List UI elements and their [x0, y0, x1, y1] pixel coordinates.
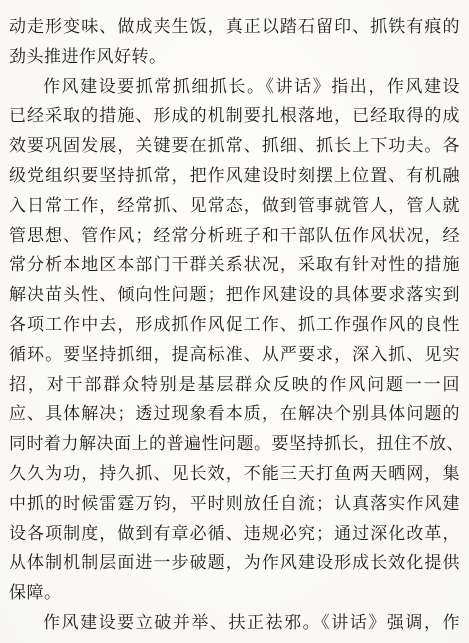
- text-line: 劲头推进作风好转。: [9, 43, 460, 73]
- text-line: 中抓的时候雷霆万钧，平时则放任自流；认真落实作风建: [9, 490, 460, 520]
- text-line: 已经采取的措施、形成的机制要扎根落地，已经取得的成: [9, 102, 460, 132]
- text-line: 设各项制度，做到有章必循、违规必究；通过深化改革，: [9, 520, 460, 550]
- paragraph: 作风建设要抓常抓细抓长。《讲话》指出，作风建设 已经采取的措施、形成的机制要扎根…: [9, 73, 460, 609]
- text-line: 作风建设要抓常抓细抓长。《讲话》指出，作风建设: [9, 73, 460, 103]
- text-line: 招，对干部群众特别是基层群众反映的作风问题一一回: [9, 371, 460, 401]
- text-line: 效要巩固发展，关键要在抓常、抓细、抓长上下功夫。各: [9, 132, 460, 162]
- text-line: 保障。: [9, 579, 460, 609]
- text-line: 动走形变味、做成夹生饭，真正以踏石留印、抓铁有痕的: [9, 13, 460, 43]
- text-line: 久久为功，持久抓、见长效，不能三天打鱼两天晒网，集: [9, 460, 460, 490]
- text-line: 从体制机制层面进一步破题，为作风建设形成长效化提供: [9, 549, 460, 579]
- text-line: 解决苗头性、倾向性问题；把作风建设的具体要求落实到: [9, 281, 460, 311]
- text-line: 同时着力解决面上的普遍性问题。要坚持抓长，扭住不放、: [9, 430, 460, 460]
- paragraph: 动走形变味、做成夹生饭，真正以踏石留印、抓铁有痕的 劲头推进作风好转。: [9, 13, 460, 73]
- text-line: 常分析本地区本部门干群关系状况，采取有针对性的措施: [9, 251, 460, 281]
- text-line: 作风建设要立破并举、扶正祛邪。《讲话》强调，作: [9, 609, 460, 639]
- text-line: 入日常工作，经常抓、见常态，做到管事就管人，管人就: [9, 192, 460, 222]
- text-line: 应、具体解决；透过现象看本质，在解决个别具体问题的: [9, 400, 460, 430]
- book-page: 动走形变味、做成夹生饭，真正以踏石留印、抓铁有痕的 劲头推进作风好转。 作风建设…: [0, 0, 469, 643]
- text-line: 循环。要坚持抓细，提高标准、从严要求，深入抓、见实: [9, 341, 460, 371]
- text-line: 管思想、管作风；经常分析班子和干部队伍作风状况，经: [9, 222, 460, 252]
- text-line: 级党组织要坚持抓常，把作风建设时刻摆上位置、有机融: [9, 162, 460, 192]
- paragraph: 作风建设要立破并举、扶正祛邪。《讲话》强调，作: [9, 609, 460, 639]
- text-line: 各项工作中去，形成抓作风促工作、抓工作强作风的良性: [9, 311, 460, 341]
